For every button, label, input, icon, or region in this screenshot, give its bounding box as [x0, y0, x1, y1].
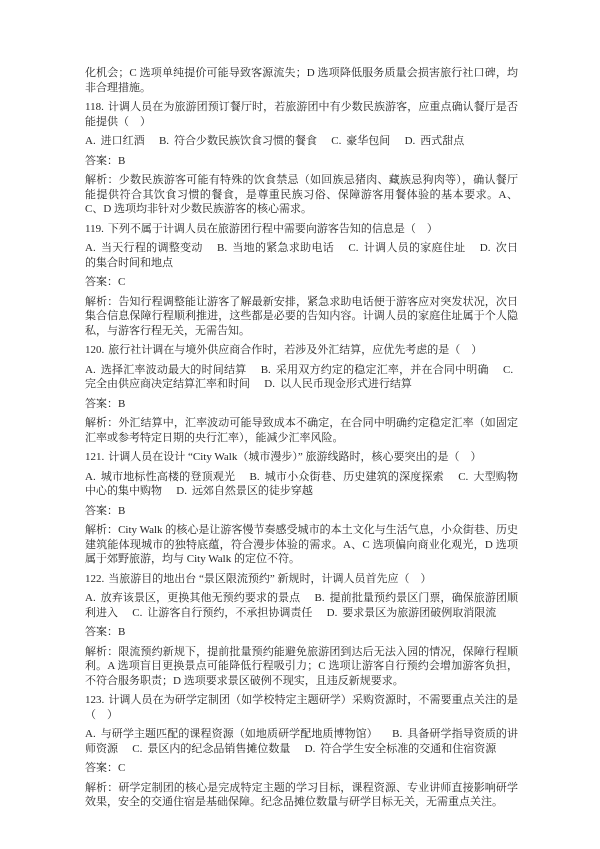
options-line: A.选择汇率波动最大的时间结算B.采用双方约定的稳定汇率，并在合同中明确C.完全…: [85, 363, 518, 392]
option-text: 放弃该景区，更换其他无预约要求的景点: [101, 592, 301, 604]
analysis-label: 解析：: [85, 782, 118, 794]
question-number: 121.: [85, 451, 104, 463]
question-number: 120.: [85, 344, 104, 356]
option-item: A.与研学主题匹配的课程资源（如地质研学配地质博物馆）: [85, 728, 378, 740]
question-block: 121.计调人员在设计 “City Walk（城市漫步）” 旅游线路时，核心要突…: [85, 450, 518, 567]
option-item: A.城市地标性高楼的登顶观光: [85, 471, 235, 483]
option-item: B.城市小众街巷、历史建筑的深度探索: [250, 471, 444, 483]
option-item: B.符合少数民族饮食习惯的餐食: [159, 135, 317, 147]
option-text: 要求景区为旅游团破例取消限流: [342, 607, 496, 619]
question-number: 119.: [85, 223, 104, 235]
options-line: A.与研学主题匹配的课程资源（如地质研学配地质博物馆）B.具备研学指导资质的讲师…: [85, 727, 518, 756]
answer-value: B: [118, 626, 125, 638]
answer-label: 答案：: [85, 626, 118, 638]
option-label: A.: [85, 364, 96, 376]
option-text: 当地的紧急求助电话: [232, 242, 334, 254]
option-label: B.: [392, 728, 402, 740]
option-text: 让游客自行预约，不承担协调责任: [147, 607, 312, 619]
option-text: 城市小众街巷、历史建筑的深度探索: [265, 471, 444, 483]
options-line: A.放弃该景区，更换其他无预约要求的景点B.提前批量预约景区门票，确保旅游团顺利…: [85, 591, 518, 620]
option-label: D.: [480, 242, 491, 254]
question-stem-text: 计调人员在设计 “City Walk（城市漫步）” 旅游线路时，核心要突出的是（…: [108, 451, 481, 463]
option-item: D.远郊自然景区的徒步穿越: [176, 485, 313, 497]
question-number: 118.: [85, 101, 104, 113]
option-label: A.: [85, 471, 96, 483]
option-label: C.: [132, 743, 142, 755]
option-label: B.: [315, 592, 325, 604]
option-label: B.: [250, 471, 260, 483]
question-block: 122.当旅游目的地出台 “景区限流预约” 新规时，计调人员首先应（ ） A.放…: [85, 572, 518, 689]
question-block: 119.下列不属于计调人员在旅游团行程中需要向游客告知的信息是（ ） A.当天行…: [85, 222, 518, 339]
carryover-analysis-fragment: 化机会；C 选项单纯提价可能导致客源流失；D 选项降低服务质量会损害旅行社口碑，…: [85, 66, 518, 95]
option-item: C.计调人员的家庭住址: [348, 242, 465, 254]
analysis-label: 解析：: [85, 296, 118, 308]
analysis-line: 解析：告知行程调整能让游客了解最新安排，紧急求助电话便于游客应对突发状况，次日集…: [85, 295, 518, 339]
question-block: 118.计调人员在为旅游团预订餐厅时，若旅游团中有少数民族游客，应重点确认餐厅是…: [85, 100, 518, 217]
option-text: 西式甜点: [420, 135, 464, 147]
option-item: C.豪华包间: [331, 135, 390, 147]
analysis-line: 解析：少数民族游客可能有特殊的饮食禁忌（如回族忌猪肉、藏族忌狗肉等），确认餐厅能…: [85, 173, 518, 217]
option-text: 进口红酒: [101, 135, 145, 147]
analysis-label: 解析：: [85, 646, 118, 658]
analysis-label: 解析：: [85, 174, 119, 186]
option-label: B.: [261, 364, 271, 376]
option-text: 采用双方约定的稳定汇率，并在合同中明确: [276, 364, 489, 376]
option-label: B.: [217, 242, 227, 254]
option-item: C.景区内的纪念品销售摊位数量: [132, 743, 290, 755]
answer-label: 答案：: [85, 155, 118, 167]
analysis-line: 解析：研学定制团的核心是完成特定主题的学习目标，课程资源、专业讲师直接影响研学效…: [85, 781, 518, 810]
question-stem: 120.旅行社计调在与境外供应商合作时，若涉及外汇结算，应优先考虑的是（ ）: [85, 343, 518, 358]
option-text: 豪华包间: [346, 135, 390, 147]
option-label: A.: [85, 135, 96, 147]
question-stem-text: 当旅游目的地出台 “景区限流预约” 新规时，计调人员首先应（ ）: [108, 573, 431, 585]
option-label: C.: [331, 135, 341, 147]
option-label: B.: [159, 135, 169, 147]
analysis-text: 外汇结算中，汇率波动可能导致成本不确定，在合同中明确约定稳定汇率（如固定汇率或参…: [85, 417, 518, 444]
option-label: D.: [405, 135, 416, 147]
question-stem-text: 旅行社计调在与境外供应商合作时，若涉及外汇结算，应优先考虑的是（ ）: [108, 344, 482, 356]
answer-label: 答案：: [85, 505, 118, 517]
analysis-label: 解析：: [85, 417, 118, 429]
option-text: 当天行程的调整变动: [101, 242, 203, 254]
question-stem: 121.计调人员在设计 “City Walk（城市漫步）” 旅游线路时，核心要突…: [85, 450, 518, 465]
question-block: 123.计调人员在为研学定制团（如学校特定主题研学）采购资源时，不需要重点关注的…: [85, 693, 518, 810]
option-label: A.: [85, 242, 96, 254]
question-stem: 118.计调人员在为旅游团预订餐厅时，若旅游团中有少数民族游客，应重点确认餐厅是…: [85, 100, 518, 129]
question-number: 123.: [85, 694, 104, 706]
options-line: A.进口红酒B.符合少数民族饮食习惯的餐食C.豪华包间D.西式甜点: [85, 134, 518, 149]
option-text: 计调人员的家庭住址: [363, 242, 465, 254]
option-label: D.: [264, 378, 275, 390]
options-line: A.当天行程的调整变动B.当地的紧急求助电话C.计调人员的家庭住址D.次日的集合…: [85, 241, 518, 270]
option-item: D.要求景区为旅游团破例取消限流: [327, 607, 497, 619]
analysis-text: 告知行程调整能让游客了解最新安排，紧急求助电话便于游客应对突发状况，次日集合信息…: [85, 296, 518, 337]
option-item: A.当天行程的调整变动: [85, 242, 203, 254]
option-text: 与研学主题匹配的课程资源（如地质研学配地质博物馆）: [101, 728, 378, 740]
option-label: A.: [85, 728, 96, 740]
answer-line: 答案：B: [85, 625, 518, 640]
option-item: A.放弃该景区，更换其他无预约要求的景点: [85, 592, 300, 604]
option-item: B.当地的紧急求助电话: [217, 242, 334, 254]
option-label: D.: [305, 743, 316, 755]
option-item: D.符合学生安全标准的交通和住宿资源: [305, 743, 497, 755]
analysis-text: 研学定制团的核心是完成特定主题的学习目标，课程资源、专业讲师直接影响研学效果，安…: [85, 782, 518, 809]
answer-value: B: [118, 155, 125, 167]
option-text: 以人民币现金形式进行结算: [280, 378, 412, 390]
options-line: A.城市地标性高楼的登顶观光B.城市小众街巷、历史建筑的深度探索C.大型购物中心…: [85, 470, 518, 499]
answer-label: 答案：: [85, 762, 118, 774]
option-item: B.采用双方约定的稳定汇率，并在合同中明确: [261, 364, 489, 376]
analysis-text: 限流预约新规下，提前批量预约能避免旅游团到达后无法入园的情况，保障行程顺利。A …: [85, 646, 518, 687]
option-text: 完全由供应商决定结算汇率和时间: [85, 378, 250, 390]
option-label: D.: [327, 607, 338, 619]
option-label: C.: [458, 471, 468, 483]
answer-line: 答案：B: [85, 504, 518, 519]
option-label: D.: [176, 485, 187, 497]
option-text: 符合少数民族饮食习惯的餐食: [174, 135, 317, 147]
answer-line: 答案：C: [85, 275, 518, 290]
question-stem-text: 计调人员在为研学定制团（如学校特定主题研学）采购资源时，不需要重点关注的是（ ）: [85, 694, 518, 721]
option-item: D.西式甜点: [405, 135, 465, 147]
option-label: C.: [132, 607, 142, 619]
option-item: C.让游客自行预约，不承担协调责任: [132, 607, 312, 619]
questions-list: 118.计调人员在为旅游团预订餐厅时，若旅游团中有少数民族游客，应重点确认餐厅是…: [85, 100, 518, 810]
question-number: 122.: [85, 573, 104, 585]
answer-value: B: [118, 398, 125, 410]
option-item: A.选择汇率波动最大的时间结算: [85, 364, 246, 376]
analysis-line: 解析：外汇结算中，汇率波动可能导致成本不确定，在合同中明确约定稳定汇率（如固定汇…: [85, 416, 518, 445]
answer-line: 答案：B: [85, 397, 518, 412]
option-text: 选择汇率波动最大的时间结算: [101, 364, 247, 376]
option-text: 符合学生安全标准的交通和住宿资源: [320, 743, 496, 755]
answer-line: 答案：C: [85, 761, 518, 776]
analysis-line: 解析：City Walk 的核心是让游客慢节奏感受城市的本土文化与生活气息，小众…: [85, 523, 518, 567]
analysis-text: 少数民族游客可能有特殊的饮食禁忌（如回族忌猪肉、藏族忌狗肉等），确认餐厅能提供符…: [85, 174, 518, 215]
answer-value: B: [118, 505, 125, 517]
option-label: A.: [85, 592, 96, 604]
option-item: D.以人民币现金形式进行结算: [264, 378, 412, 390]
answer-label: 答案：: [85, 276, 118, 288]
question-stem: 119.下列不属于计调人员在旅游团行程中需要向游客告知的信息是（ ）: [85, 222, 518, 237]
analysis-label: 解析：: [85, 524, 118, 536]
answer-value: C: [118, 276, 125, 288]
answer-value: C: [118, 762, 125, 774]
question-stem-text: 计调人员在为旅游团预订餐厅时，若旅游团中有少数民族游客，应重点确认餐厅是否能提供…: [85, 101, 518, 128]
option-item: A.进口红酒: [85, 135, 145, 147]
option-text: 远郊自然景区的徒步穿越: [192, 485, 313, 497]
answer-label: 答案：: [85, 398, 118, 410]
question-stem-text: 下列不属于计调人员在旅游团行程中需要向游客告知的信息是（ ）: [108, 223, 438, 235]
option-label: C.: [503, 364, 513, 376]
question-block: 120.旅行社计调在与境外供应商合作时，若涉及外汇结算，应优先考虑的是（ ） A…: [85, 343, 518, 445]
option-text: 景区内的纪念品销售摊位数量: [147, 743, 290, 755]
question-stem: 123.计调人员在为研学定制团（如学校特定主题研学）采购资源时，不需要重点关注的…: [85, 693, 518, 722]
analysis-line: 解析：限流预约新规下，提前批量预约能避免旅游团到达后无法入园的情况，保障行程顺利…: [85, 645, 518, 689]
option-label: C.: [348, 242, 358, 254]
question-stem: 122.当旅游目的地出台 “景区限流预约” 新规时，计调人员首先应（ ）: [85, 572, 518, 587]
document-page: 化机会；C 选项单纯提价可能导致客源流失；D 选项降低服务质量会损害旅行社口碑，…: [0, 0, 600, 849]
analysis-text: City Walk 的核心是让游客慢节奏感受城市的本土文化与生活气息，小众街巷、…: [85, 524, 518, 565]
option-text: 城市地标性高楼的登顶观光: [101, 471, 236, 483]
answer-line: 答案：B: [85, 154, 518, 169]
